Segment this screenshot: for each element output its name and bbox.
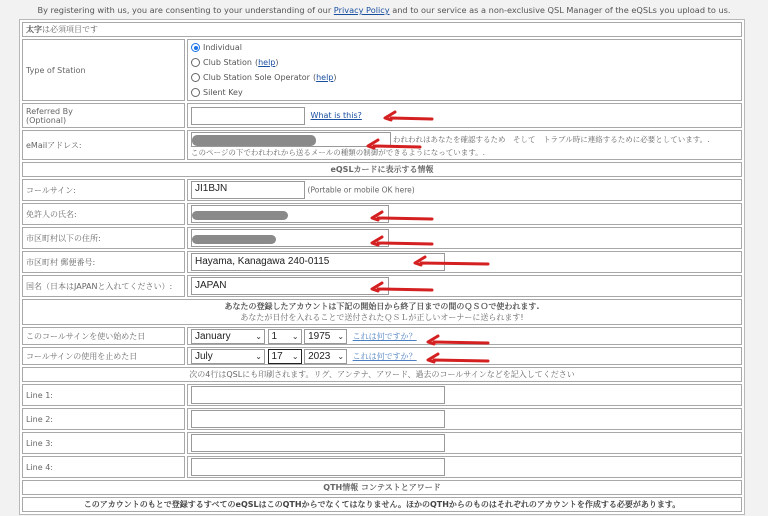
red-arrow-icon: [385, 112, 432, 120]
red-arrow-icon: [372, 237, 432, 245]
red-arrow-icon: [368, 140, 420, 148]
red-arrow-icon: [415, 257, 488, 265]
red-arrow-icon: [372, 283, 432, 291]
red-arrow-icon: [372, 212, 432, 220]
red-arrow-icon: [428, 336, 488, 344]
red-arrow-icon: [428, 354, 488, 362]
annotation-arrows: [0, 0, 768, 516]
